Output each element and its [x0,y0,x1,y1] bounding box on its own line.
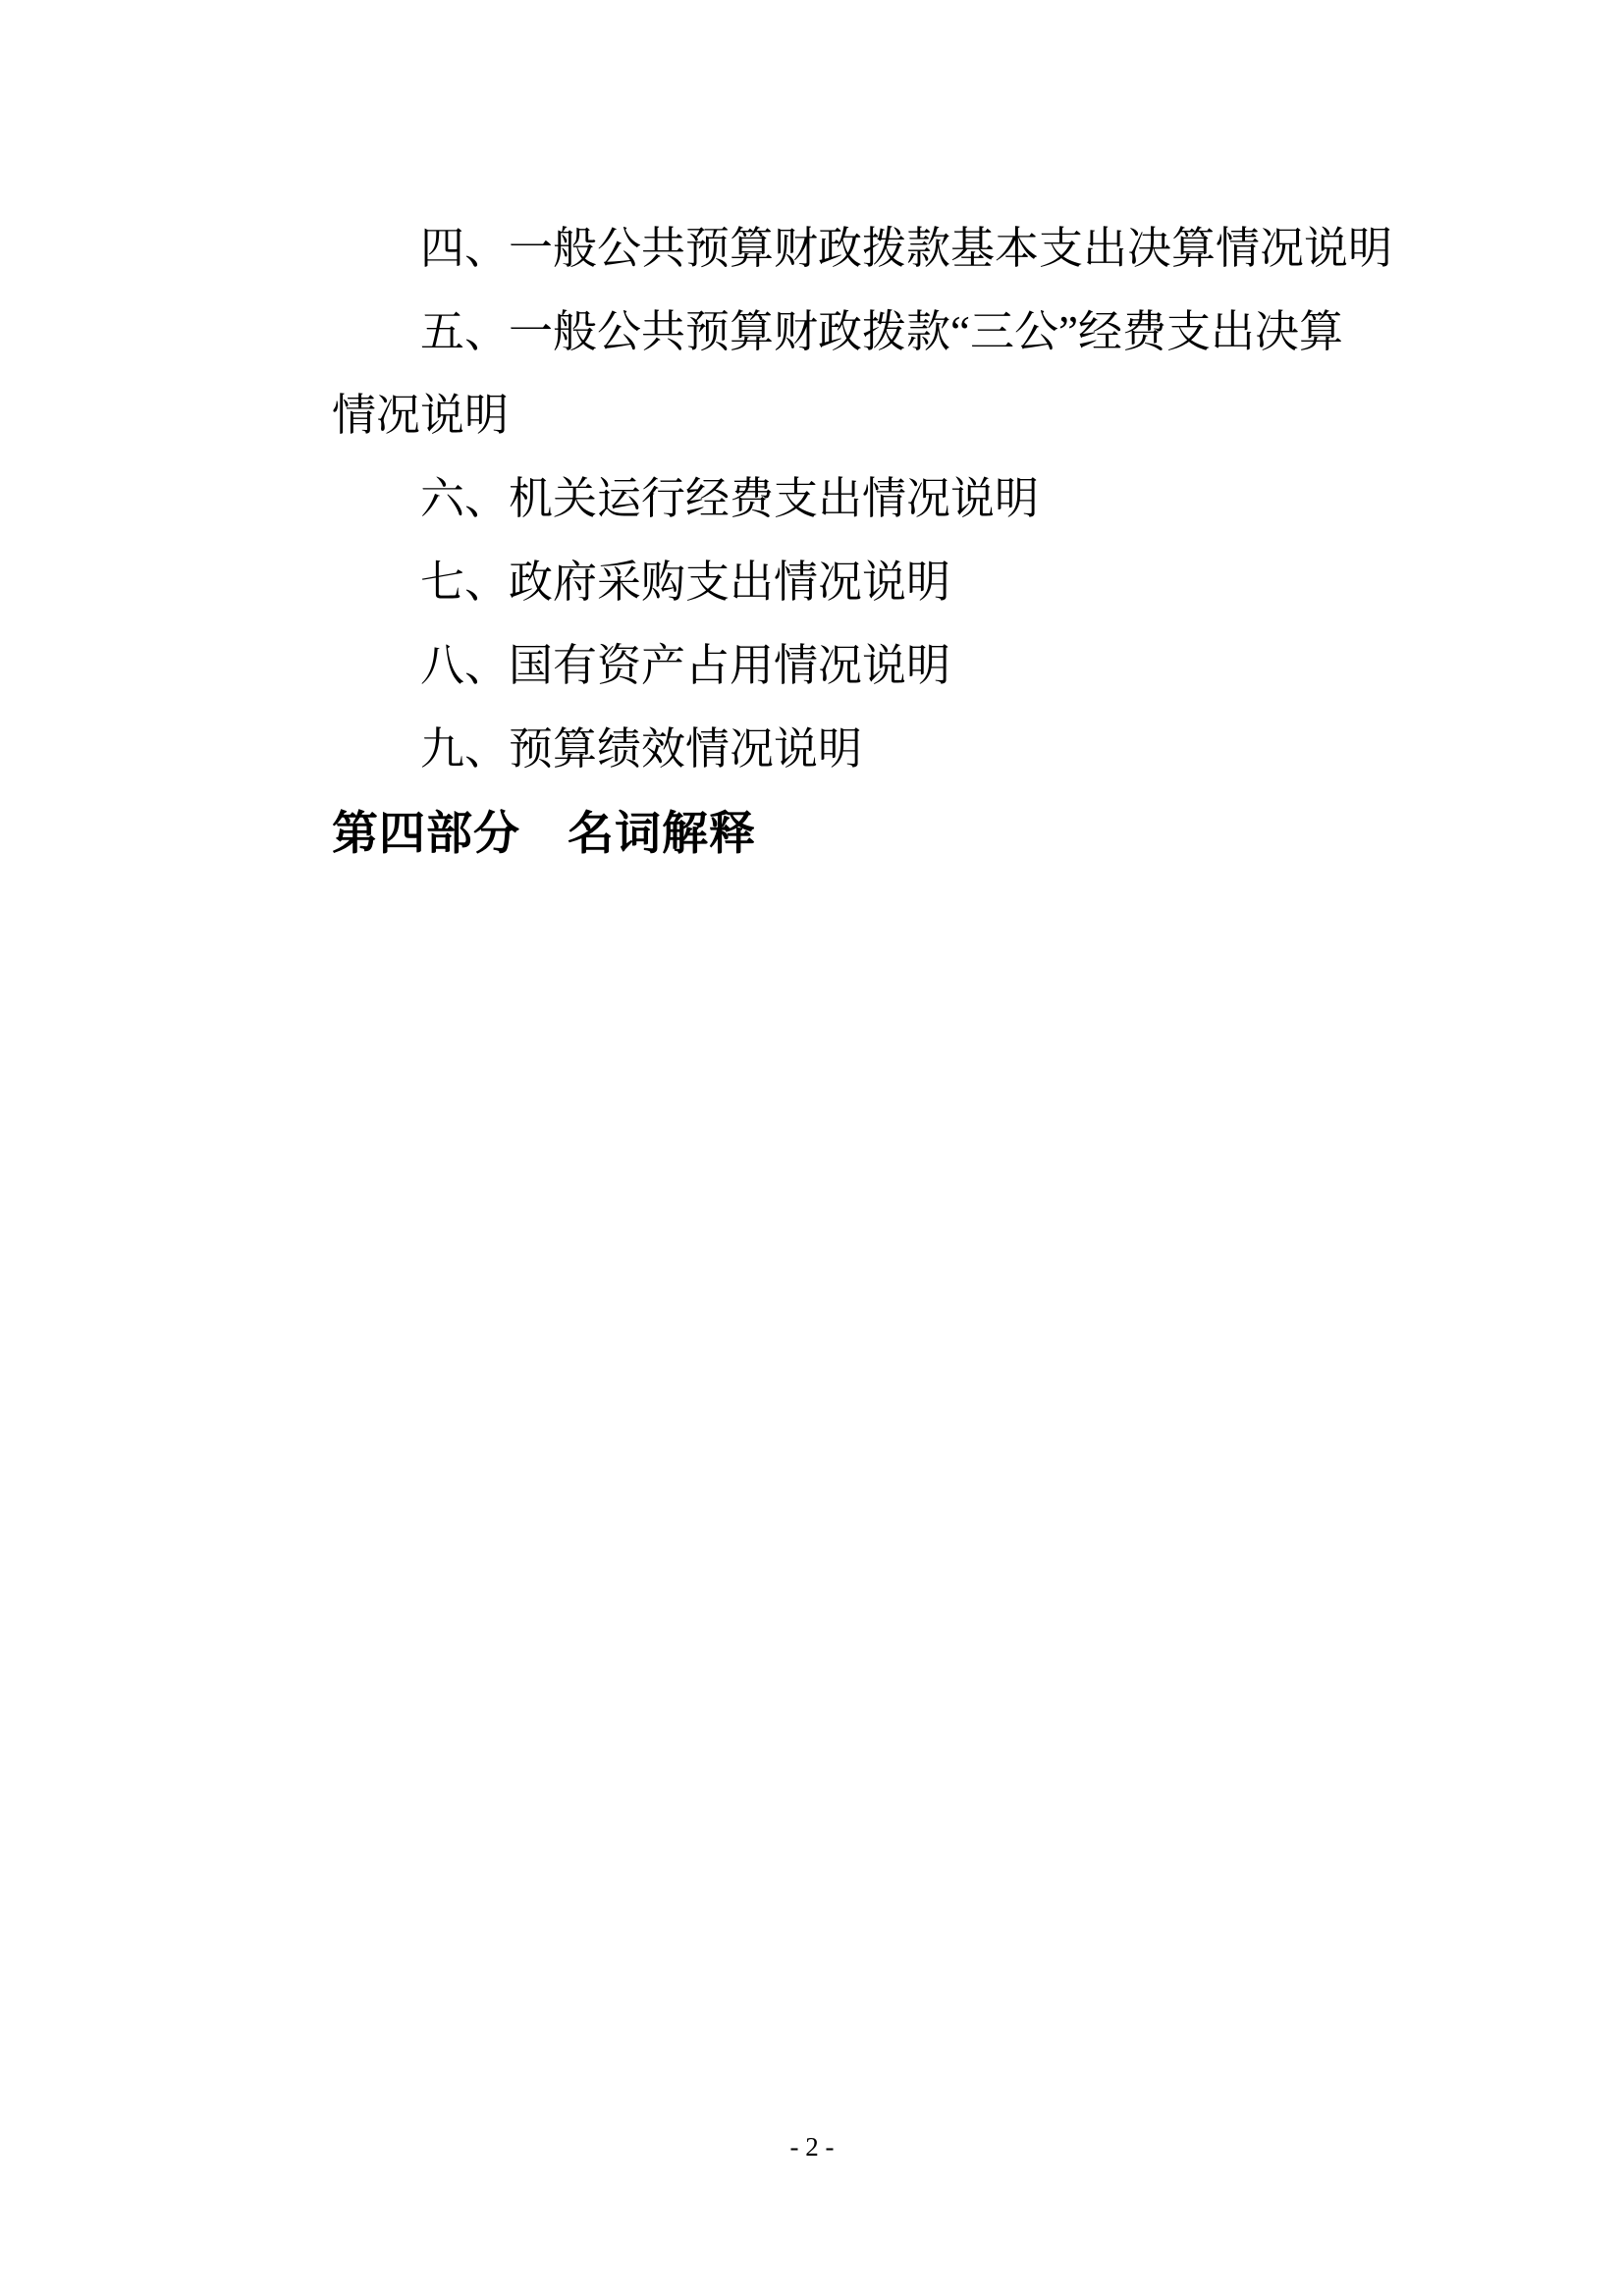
table-of-contents: 四、一般公共预算财政拨款基本支出决算情况说明 五、一般公共预算财政拨款“三公”经… [332,207,1404,875]
toc-line-item-9: 九、预算绩效情况说明 [332,708,1404,791]
toc-line-item-6: 六、机关运行经费支出情况说明 [332,457,1404,541]
toc-line-item-8: 八、国有资产占用情况说明 [332,624,1404,708]
part-four-heading: 第四部分 名词解释 [332,791,1404,875]
toc-line-item-7: 七、政府采购支出情况说明 [332,541,1404,624]
document-page: 四、一般公共预算财政拨款基本支出决算情况说明 五、一般公共预算财政拨款“三公”经… [0,0,1624,2296]
toc-line-item-4: 四、一般公共预算财政拨款基本支出决算情况说明 [332,207,1404,291]
page-number: - 2 - [0,2127,1624,2166]
toc-line-item-5: 五、一般公共预算财政拨款“三公”经费支出决算 [332,291,1404,374]
toc-line-item-5-continuation: 情况说明 [332,374,1404,457]
